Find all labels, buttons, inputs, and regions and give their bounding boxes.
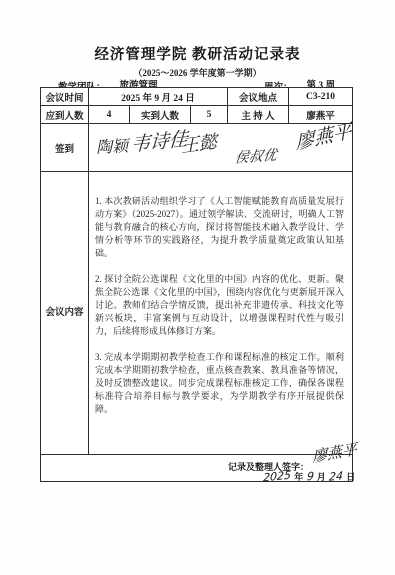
expected-count-value: 4 xyxy=(89,106,130,123)
handwritten-day: 24 xyxy=(329,469,344,484)
handwritten-signature-4: 侯叔优 xyxy=(234,144,279,167)
page-title: 经济管理学院 教研活动记录表 xyxy=(0,43,395,64)
expected-count-label: 应到人数 xyxy=(41,106,89,123)
meeting-location-value: C3-210 xyxy=(289,88,352,105)
month-suffix: 月 xyxy=(317,472,326,482)
document-page: 经济管理学院 教研活动记录表 （2025～2026 学年度第一学期） 教学团队：… xyxy=(0,0,395,575)
table-row-meeting-time: 会议时间 2025 年 9 月 24 日 会议地点 C3-210 xyxy=(41,88,352,106)
meeting-time-label: 会议时间 xyxy=(41,88,89,105)
table-row-footer: 记录及整理人签字： 廖燕平 2025 年 9 月 24 日 xyxy=(41,455,352,481)
signin-signature-area: 陶颖 韦诗佳 王懿 侯叔优 廖燕平 xyxy=(89,124,352,171)
handwritten-signature-1: 陶颖 xyxy=(95,133,128,158)
footer-cell: 记录及整理人签字： 廖燕平 2025 年 9 月 24 日 xyxy=(41,455,352,481)
table-row-content: 会议内容 1. 本次教研活动组织学习了《人工智能赋能教育高质量发展行动方案》（2… xyxy=(41,172,352,455)
table-row-attendance: 应到人数 4 实到人数 5 主 持 人 廖燕平 xyxy=(41,106,352,124)
record-form-table: 会议时间 2025 年 9 月 24 日 会议地点 C3-210 应到人数 4 … xyxy=(40,87,353,482)
year-suffix: 年 xyxy=(294,472,303,482)
footer-date-line: 2025 年 9 月 24 日 xyxy=(262,470,355,483)
handwritten-year: 2025 xyxy=(263,468,292,484)
meeting-location-label: 会议地点 xyxy=(228,88,289,105)
content-paragraph-2: 2. 探讨全院公选课程《文化里的中国》内容的优化、更新。聚焦全院公选课《文化里的… xyxy=(95,273,344,338)
content-paragraph-1: 1. 本次教研活动组织学习了《人工智能赋能教育高质量发展行动方案》（2025-2… xyxy=(95,195,344,260)
handwritten-month: 9 xyxy=(306,470,314,484)
handwritten-signature-3: 王懿 xyxy=(181,127,218,158)
handwritten-signature-2: 韦诗佳 xyxy=(130,124,189,157)
host-label: 主 持 人 xyxy=(228,106,289,123)
host-value: 廖燕平 xyxy=(289,106,352,123)
meeting-content-label: 会议内容 xyxy=(41,172,89,454)
day-suffix: 日 xyxy=(346,472,355,482)
content-paragraph-3: 3. 完成本学期期初教学检查工作和课程标准的核定工作。顺利完成本学期期初教学检查… xyxy=(95,351,344,416)
table-row-signin: 签到 陶颖 韦诗佳 王懿 侯叔优 廖燕平 xyxy=(41,124,352,172)
meeting-content-text: 1. 本次教研活动组织学习了《人工智能赋能教育高质量发展行动方案》（2025-2… xyxy=(89,172,352,454)
signin-label: 签到 xyxy=(41,124,89,171)
meeting-time-value: 2025 年 9 月 24 日 xyxy=(89,88,228,105)
actual-count-label: 实到人数 xyxy=(130,106,191,123)
actual-count-value: 5 xyxy=(191,106,228,123)
